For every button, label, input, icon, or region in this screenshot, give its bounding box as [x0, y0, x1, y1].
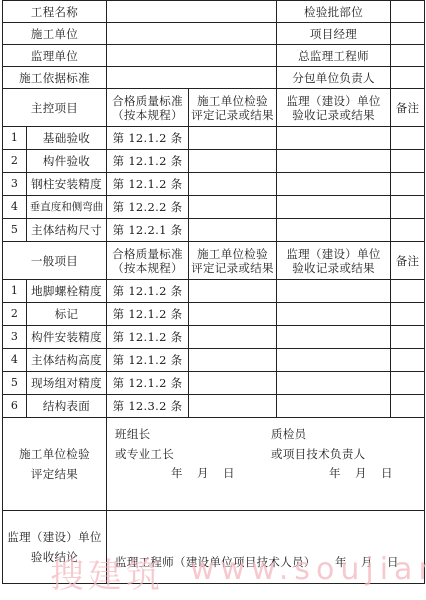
standard-column-header: 合格质量标准 （按本规程）	[107, 89, 189, 127]
general-title: 一般项目	[3, 242, 107, 280]
contractor-record-column-header: 施工单位检验 评定记录或结果	[189, 89, 277, 127]
item-name: 地脚螺栓精度	[27, 280, 107, 303]
item-standard: 第 12.2.1 条	[107, 219, 189, 242]
item-name: 主体结构尺寸	[27, 219, 107, 242]
project-manager-label: 项目经理	[277, 23, 391, 45]
general-row: 6 结构表面 第 12.3.2 条	[3, 395, 425, 418]
item-number: 3	[3, 173, 27, 196]
remarks-cell[interactable]	[391, 150, 425, 173]
inspection-part-label: 检验批部位	[277, 1, 391, 23]
item-number: 2	[3, 150, 27, 173]
remarks-cell[interactable]	[391, 303, 425, 326]
supervisor-record-cell[interactable]	[277, 173, 391, 196]
general-row: 2 标记 第 12.1.2 条	[3, 303, 425, 326]
contractor-record-cell[interactable]	[189, 395, 277, 418]
general-header-row: 一般项目 合格质量标准 （按本规程） 施工单位检验 评定记录或结果 监理（建设）…	[3, 242, 425, 280]
item-name: 构件验收	[27, 150, 107, 173]
item-standard: 第 12.1.2 条	[107, 326, 189, 349]
item-name: 钢柱安装精度	[27, 173, 107, 196]
construction-standard-label: 施工依据标准	[3, 67, 107, 89]
item-name: 标记	[27, 303, 107, 326]
supervisor-record-cell[interactable]	[277, 303, 391, 326]
main-control-row: 2 构件验收 第 12.1.2 条	[3, 150, 425, 173]
item-name: 垂直度和侧弯曲	[27, 196, 107, 219]
supervisor-unit-field[interactable]	[107, 45, 277, 67]
item-number: 4	[3, 196, 27, 219]
main-control-row: 4 垂直度和侧弯曲 第 12.2.2 条	[3, 196, 425, 219]
quality-inspector-date: 年月日	[329, 466, 407, 480]
supervisor-record-cell[interactable]	[277, 349, 391, 372]
item-name: 基础验收	[27, 127, 107, 150]
standard-column-header: 合格质量标准 （按本规程）	[107, 242, 189, 280]
item-number: 5	[3, 219, 27, 242]
supervisor-record-cell[interactable]	[277, 150, 391, 173]
contractor-record-column-header: 施工单位检验 评定记录或结果	[189, 242, 277, 280]
item-standard: 第 12.1.2 条	[107, 349, 189, 372]
team-leader-signer: 班组长 或专业工长	[115, 424, 174, 464]
remarks-cell[interactable]	[391, 196, 425, 219]
chief-supervisor-field[interactable]	[391, 45, 425, 67]
contractor-label: 施工单位	[3, 23, 107, 45]
item-number: 1	[3, 127, 27, 150]
supervisor-conclusion-signature-area[interactable]: 监理工程师（建设单位项目技术人员） 年月日	[107, 511, 425, 584]
remarks-column-header: 备注	[391, 89, 425, 127]
supervisor-record-cell[interactable]	[277, 219, 391, 242]
quality-inspector-signer: 质检员 或项目技术负责人	[271, 424, 365, 464]
remarks-cell[interactable]	[391, 395, 425, 418]
item-name: 现场组对精度	[27, 372, 107, 395]
main-control-row: 5 主体结构尺寸 第 12.2.1 条	[3, 219, 425, 242]
header-row-contractor: 施工单位 项目经理	[3, 23, 425, 45]
item-number: 6	[3, 395, 27, 418]
supervisor-record-column-header: 监理（建设）单位 验收记录或结果	[277, 242, 391, 280]
contractor-record-cell[interactable]	[189, 326, 277, 349]
remarks-cell[interactable]	[391, 326, 425, 349]
header-row-project: 工程名称 检验批部位	[3, 1, 425, 23]
main-control-title: 主控项目	[3, 89, 107, 127]
remarks-cell[interactable]	[391, 372, 425, 395]
supervising-engineer-date: 年月日	[335, 555, 413, 569]
item-number: 4	[3, 349, 27, 372]
project-name-label: 工程名称	[3, 1, 107, 23]
project-name-field[interactable]	[107, 1, 277, 23]
item-standard: 第 12.1.2 条	[107, 150, 189, 173]
inspection-part-field[interactable]	[391, 1, 425, 23]
contractor-record-cell[interactable]	[189, 303, 277, 326]
supervisor-record-cell[interactable]	[277, 127, 391, 150]
item-standard: 第 12.3.2 条	[107, 395, 189, 418]
remarks-column-header: 备注	[391, 242, 425, 280]
item-number: 3	[3, 326, 27, 349]
remarks-cell[interactable]	[391, 173, 425, 196]
item-name: 构件安装精度	[27, 326, 107, 349]
item-standard: 第 12.1.2 条	[107, 280, 189, 303]
general-row: 4 主体结构高度 第 12.1.2 条	[3, 349, 425, 372]
construction-standard-field[interactable]	[107, 67, 277, 89]
supervisor-unit-label: 监理单位	[3, 45, 107, 67]
contractor-record-cell[interactable]	[189, 349, 277, 372]
form-table: 工程名称 检验批部位 施工单位 项目经理 监理单位 总监理工程师 施工依据标准 …	[2, 0, 425, 584]
contractor-record-cell[interactable]	[189, 219, 277, 242]
item-standard: 第 12.1.2 条	[107, 127, 189, 150]
contractor-field[interactable]	[107, 23, 277, 45]
supervisor-record-cell[interactable]	[277, 372, 391, 395]
supervising-engineer-signer: 监理工程师（建设单位项目技术人员）	[115, 552, 316, 572]
header-row-supervisor: 监理单位 总监理工程师	[3, 45, 425, 67]
item-standard: 第 12.1.2 条	[107, 303, 189, 326]
project-manager-field[interactable]	[391, 23, 425, 45]
general-row: 1 地脚螺栓精度 第 12.1.2 条	[3, 280, 425, 303]
contractor-record-cell[interactable]	[189, 150, 277, 173]
item-name: 结构表面	[27, 395, 107, 418]
item-standard: 第 12.2.2 条	[107, 196, 189, 219]
contractor-record-cell[interactable]	[189, 372, 277, 395]
main-control-row: 3 钢柱安装精度 第 12.1.2 条	[3, 173, 425, 196]
item-standard: 第 12.1.2 条	[107, 173, 189, 196]
general-row: 3 构件安装精度 第 12.1.2 条	[3, 326, 425, 349]
main-control-row: 1 基础验收 第 12.1.2 条	[3, 127, 425, 150]
item-number: 2	[3, 303, 27, 326]
contractor-record-cell[interactable]	[189, 196, 277, 219]
supervisor-record-cell[interactable]	[277, 280, 391, 303]
remarks-cell[interactable]	[391, 349, 425, 372]
supervisor-record-cell[interactable]	[277, 196, 391, 219]
chief-supervisor-label: 总监理工程师	[277, 45, 391, 67]
item-number: 5	[3, 372, 27, 395]
contractor-result-signature-area[interactable]: 班组长 或专业工长 年月日 质检员 或项目技术负责人 年月日	[107, 418, 425, 511]
general-row: 5 现场组对精度 第 12.1.2 条	[3, 372, 425, 395]
main-control-header-row: 主控项目 合格质量标准 （按本规程） 施工单位检验 评定记录或结果 监理（建设）…	[3, 89, 425, 127]
item-number: 1	[3, 280, 27, 303]
subcontractor-head-label: 分包单位负责人	[277, 67, 391, 89]
supervisor-conclusion-label: 监理（建设）单位 验收结论	[3, 511, 107, 584]
contractor-result-label: 施工单位检验 评定结果	[3, 418, 107, 511]
remarks-cell[interactable]	[391, 127, 425, 150]
supervisor-record-column-header: 监理（建设）单位 验收记录或结果	[277, 89, 391, 127]
remarks-cell[interactable]	[391, 219, 425, 242]
contractor-result-row: 施工单位检验 评定结果 班组长 或专业工长 年月日 质检员 或项目技术负责人 年…	[3, 418, 425, 511]
contractor-record-cell[interactable]	[189, 280, 277, 303]
supervisor-conclusion-row: 监理（建设）单位 验收结论 监理工程师（建设单位项目技术人员） 年月日	[3, 511, 425, 584]
remarks-cell[interactable]	[391, 280, 425, 303]
contractor-record-cell[interactable]	[189, 173, 277, 196]
subcontractor-head-field[interactable]	[391, 67, 425, 89]
supervisor-record-cell[interactable]	[277, 326, 391, 349]
contractor-record-cell[interactable]	[189, 127, 277, 150]
header-row-standard: 施工依据标准 分包单位负责人	[3, 67, 425, 89]
team-leader-date: 年月日	[171, 466, 249, 480]
item-name: 主体结构高度	[27, 349, 107, 372]
item-standard: 第 12.1.2 条	[107, 372, 189, 395]
inspection-batch-form: 工程名称 检验批部位 施工单位 项目经理 监理单位 总监理工程师 施工依据标准 …	[2, 0, 424, 598]
supervisor-record-cell[interactable]	[277, 395, 391, 418]
